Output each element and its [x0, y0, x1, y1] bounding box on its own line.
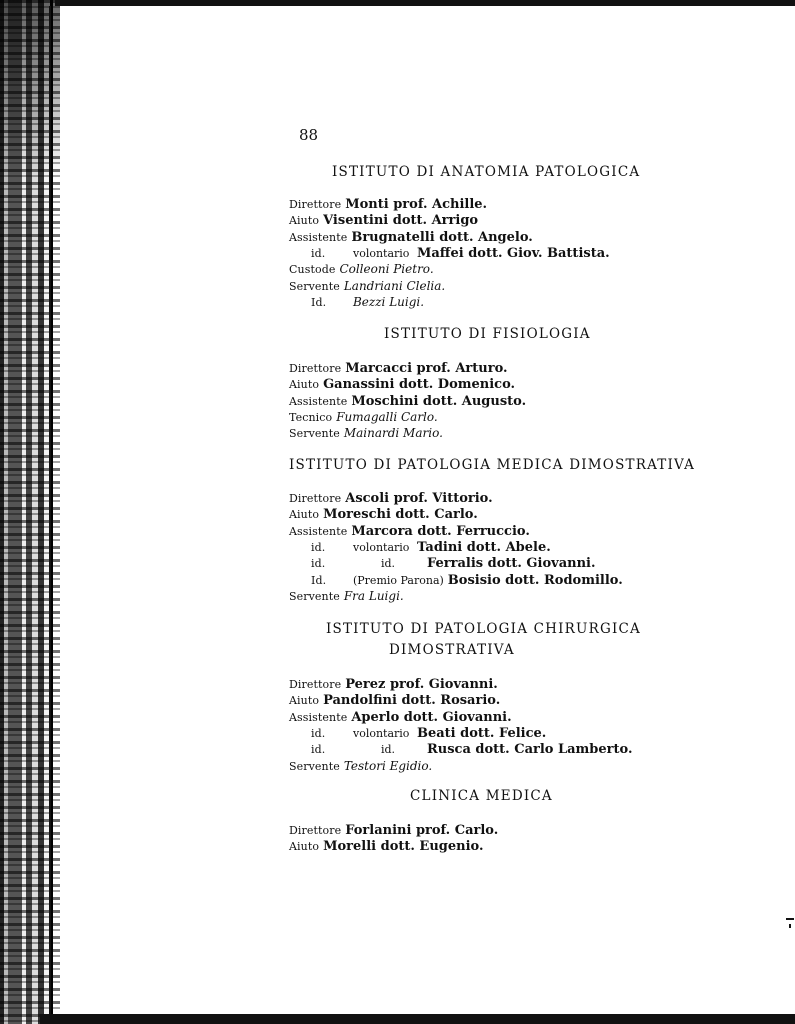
scan-speck — [786, 918, 794, 920]
staff-entry: Custode Colleoni Pietro. — [289, 261, 434, 278]
staff-name: Bezzi Luigi. — [353, 295, 424, 309]
staff-name: Colleoni Pietro. — [339, 262, 433, 276]
staff-qualifier: (Premio Parona) — [353, 573, 444, 589]
staff-entry: Direttore Monti prof. Achille. — [289, 196, 487, 213]
staff-entry: Assistente Moschini dott. Augusto. — [289, 393, 526, 410]
staff-entry: id. volontario Beati dott. Felice. — [289, 725, 546, 742]
staff-role: Direttore — [289, 492, 341, 505]
staff-qualifier: id. — [353, 742, 423, 758]
staff-role: Servente — [289, 590, 340, 603]
staff-name: Moreschi dott. Carlo. — [323, 507, 478, 522]
staff-role: Servente — [289, 427, 340, 440]
staff-role: Aiuto — [289, 840, 319, 853]
staff-role: id. — [289, 556, 349, 572]
staff-role: Direttore — [289, 678, 341, 691]
staff-name: Fumagalli Carlo. — [336, 410, 438, 424]
staff-role: Assistente — [289, 711, 347, 724]
staff-entry: Id. (Premio Parona) Bosisio dott. Rodomi… — [289, 572, 623, 589]
staff-name: Pandolfini dott. Rosario. — [323, 693, 500, 708]
staff-role: Assistente — [289, 395, 347, 408]
staff-name: Moschini dott. Augusto. — [351, 394, 526, 409]
staff-entry: Assistente Marcora dott. Ferruccio. — [289, 523, 530, 540]
staff-qualifier: volontario — [353, 246, 413, 262]
staff-role: Aiuto — [289, 378, 319, 391]
staff-role: id. — [289, 246, 349, 262]
section-subtitle: DIMOSTRATIVA — [389, 642, 515, 658]
staff-name: Marcora dott. Ferruccio. — [351, 524, 530, 539]
staff-qualifier: volontario — [353, 726, 413, 742]
staff-role: Aiuto — [289, 214, 319, 227]
staff-role: Direttore — [289, 198, 341, 211]
staff-name: Maffei dott. Giov. Battista. — [417, 246, 610, 261]
scan-bottom-edge — [40, 1014, 795, 1024]
staff-role: Servente — [289, 760, 340, 773]
staff-entry: Servente Landriani Clelia. — [289, 278, 445, 295]
staff-qualifier: id. — [353, 556, 423, 572]
page-number: 88 — [299, 126, 318, 144]
staff-name: Tadini dott. Abele. — [417, 540, 551, 555]
staff-name: Testori Egidio. — [344, 759, 432, 773]
staff-role: Direttore — [289, 824, 341, 837]
staff-name: Perez prof. Giovanni. — [345, 677, 498, 692]
staff-name: Ferralis dott. Giovanni. — [427, 556, 596, 571]
staff-name: Fra Luigi. — [344, 589, 404, 603]
staff-name: Morelli dott. Eugenio. — [323, 839, 483, 854]
staff-entry: Aiuto Ganassini dott. Domenico. — [289, 376, 515, 393]
staff-entry: id. volontario Tadini dott. Abele. — [289, 539, 551, 556]
staff-name: Monti prof. Achille. — [345, 197, 487, 212]
staff-role: Direttore — [289, 362, 341, 375]
staff-role: Aiuto — [289, 694, 319, 707]
staff-entry: Direttore Perez prof. Giovanni. — [289, 676, 498, 693]
scan-shadow — [0, 0, 60, 180]
staff-name: Bosisio dott. Rodomillo. — [448, 573, 623, 588]
staff-name: Rusca dott. Carlo Lamberto. — [427, 742, 633, 757]
staff-name: Landriani Clelia. — [344, 279, 445, 293]
section-title: ISTITUTO DI PATOLOGIA MEDICA DIMOSTRATIV… — [289, 457, 695, 473]
staff-entry: Direttore Ascoli prof. Vittorio. — [289, 490, 493, 507]
staff-entry: Direttore Marcacci prof. Arturo. — [289, 360, 508, 377]
section-title: CLINICA MEDICA — [410, 788, 553, 804]
section-title: ISTITUTO DI ANATOMIA PATOLOGICA — [332, 164, 640, 180]
staff-role: Aiuto — [289, 508, 319, 521]
staff-entry: Servente Mainardi Mario. — [289, 425, 443, 442]
staff-entry: Aiuto Morelli dott. Eugenio. — [289, 838, 484, 855]
staff-name: Aperlo dott. Giovanni. — [351, 710, 511, 725]
staff-entry: Aiuto Visentini dott. Arrigo — [289, 212, 478, 229]
staff-entry: id. id. Ferralis dott. Giovanni. — [289, 555, 595, 572]
section-title: ISTITUTO DI PATOLOGIA CHIRURGICA — [326, 621, 641, 637]
staff-role: Custode — [289, 263, 335, 276]
staff-name: Ascoli prof. Vittorio. — [345, 491, 492, 506]
staff-role: Id. — [289, 573, 349, 589]
staff-role: Servente — [289, 280, 340, 293]
scan-top-edge — [55, 0, 795, 6]
staff-entry: Servente Fra Luigi. — [289, 588, 404, 605]
staff-name: Ganassini dott. Domenico. — [323, 377, 515, 392]
scan-speck — [789, 924, 791, 928]
staff-name: Mainardi Mario. — [344, 426, 443, 440]
staff-entry: Aiuto Pandolfini dott. Rosario. — [289, 692, 500, 709]
staff-role: id. — [289, 742, 349, 758]
staff-name: Beati dott. Felice. — [417, 726, 546, 741]
page-border — [49, 6, 51, 1014]
staff-name: Brugnatelli dott. Angelo. — [351, 230, 533, 245]
staff-role: Tecnico — [289, 411, 332, 424]
staff-role: id. — [289, 540, 349, 556]
staff-name: Forlanini prof. Carlo. — [345, 823, 498, 838]
staff-role: Assistente — [289, 525, 347, 538]
staff-entry: Tecnico Fumagalli Carlo. — [289, 409, 438, 426]
staff-entry: Assistente Brugnatelli dott. Angelo. — [289, 229, 533, 246]
staff-entry: Assistente Aperlo dott. Giovanni. — [289, 709, 512, 726]
staff-role: id. — [289, 726, 349, 742]
section-title: ISTITUTO DI FISIOLOGIA — [384, 326, 591, 342]
staff-entry: Id. Bezzi Luigi. — [289, 294, 424, 311]
staff-name: Marcacci prof. Arturo. — [345, 361, 507, 376]
staff-entry: Aiuto Moreschi dott. Carlo. — [289, 506, 478, 523]
staff-qualifier: volontario — [353, 540, 413, 556]
staff-name: Visentini dott. Arrigo — [323, 213, 478, 228]
staff-entry: id. volontario Maffei dott. Giov. Battis… — [289, 245, 610, 262]
staff-entry: id. id. Rusca dott. Carlo Lamberto. — [289, 741, 633, 758]
staff-entry: Servente Testori Egidio. — [289, 758, 432, 775]
staff-role: Assistente — [289, 231, 347, 244]
staff-role: Id. — [289, 295, 349, 311]
staff-entry: Direttore Forlanini prof. Carlo. — [289, 822, 498, 839]
